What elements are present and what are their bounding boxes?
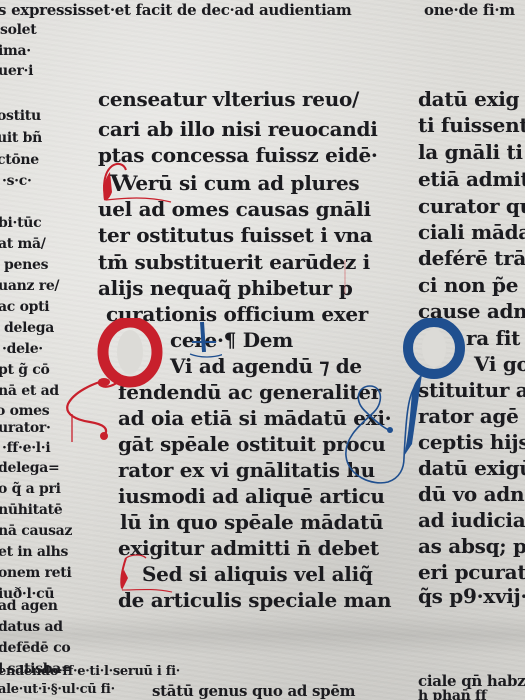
- left-line: uer·i: [0, 63, 33, 79]
- blue-initial-q-icon: [330, 318, 470, 498]
- left-line: uit bñ: [0, 130, 42, 146]
- left-line: nā et ad: [0, 383, 59, 399]
- left-line: et in alhs: [0, 544, 68, 560]
- left-line: o q̃ a pri: [0, 481, 61, 497]
- center-line: lū in quo spēale mādatū: [120, 510, 383, 534]
- bottom-line-right-2: h phan̄ ff: [418, 688, 487, 700]
- left-line: datus ad: [0, 619, 63, 635]
- right-line: curator qu: [418, 194, 525, 218]
- left-line: o omes: [0, 403, 49, 419]
- right-line: ciali māda: [418, 220, 525, 244]
- right-line: etiā admit: [418, 167, 525, 191]
- right-line: ra fit s: [466, 326, 525, 350]
- left-line: delega=: [0, 460, 59, 476]
- blue-paragraph-icon: [186, 318, 222, 358]
- right-line: Vi go: [474, 352, 525, 376]
- center-line: alijs nequaq̃ phibetur p: [98, 276, 353, 300]
- left-line: ima·: [0, 43, 31, 59]
- center-line: tm̄ substituerit earūdez i: [98, 250, 370, 274]
- right-line: ad iudicia p: [418, 508, 525, 532]
- left-line: ·s·c·: [2, 173, 32, 189]
- right-line: q̃s p9·xvij·a: [418, 584, 525, 608]
- left-line: ac opti: [0, 299, 49, 315]
- left-line: defēdē co: [0, 640, 70, 656]
- center-line: censeatur vlterius reuo/: [98, 87, 359, 111]
- left-line: onem reti: [0, 565, 71, 581]
- left-line: pt g̃ cō: [0, 362, 50, 378]
- right-line: deférē trāf: [418, 246, 525, 270]
- left-line: ·ff·e·l·i: [2, 440, 50, 456]
- left-line: urator·: [0, 420, 51, 436]
- left-line: nā causaz: [0, 523, 72, 539]
- left-line: ctōne: [0, 152, 39, 168]
- red-tick-icon: [62, 412, 82, 452]
- center-line: cari ab illo nisi reuocandi: [98, 117, 378, 141]
- left-line: nūhitatē: [0, 502, 62, 518]
- left-line: uanz re/: [0, 278, 59, 294]
- right-line: la gnāli ti: [418, 140, 523, 164]
- right-line: datū exig: [418, 87, 519, 111]
- faint-red-mark-icon: [340, 258, 350, 298]
- left-line: solet: [0, 22, 36, 38]
- left-line: delega: [4, 320, 54, 336]
- left-line: penes: [4, 257, 48, 273]
- left-line: ad agen: [0, 598, 58, 614]
- right-line: as absq; pa: [418, 534, 525, 558]
- left-line: bi·tūc: [0, 215, 41, 231]
- right-line: eri pcurato: [418, 560, 525, 584]
- red-rubric-v-icon: [96, 160, 176, 210]
- left-line: at mā/: [0, 236, 46, 252]
- right-line: ti fuissent: [418, 113, 525, 137]
- red-rubric-s-icon: [112, 548, 182, 598]
- bottom-line-center: stātū genus quo ad spēm: [152, 682, 355, 700]
- left-line: ·dele·: [2, 341, 43, 357]
- center-line: ter ostitutus fuisset i vna: [98, 223, 372, 247]
- initial-v: V: [110, 171, 127, 197]
- left-line: ostitu: [0, 108, 41, 124]
- right-line: ci non p̃e mi: [418, 273, 525, 297]
